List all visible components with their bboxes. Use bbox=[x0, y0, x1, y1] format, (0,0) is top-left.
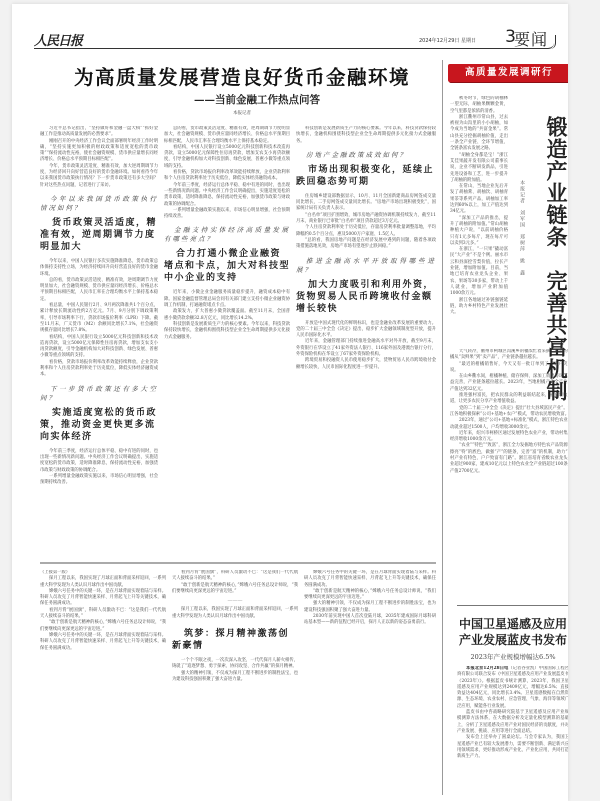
paragraph: 科技创新是发展新质生产力的核心要素。今年以来，科技贷款保持较快增长，金融机构围绕… bbox=[164, 322, 290, 341]
paragraph: 2030年前实现中国人首次登陆月球，2035年建成国际月球科研站基本型——新的征… bbox=[304, 614, 436, 627]
paragraph: 开放是中国式现代化的鲜明标识，也是金融业改革发展的重要动力。党的二十届三中全会《… bbox=[296, 321, 436, 340]
paragraph: 政策发力，扩大普惠小微贷款覆盖面。截至11月末，全国普惠小微贷款余额32.8万亿… bbox=[164, 309, 290, 322]
continued-subhead: 筑梦：探月精神激荡创新豪情 bbox=[172, 628, 298, 652]
paragraph: 一系列增量金融政策实施以来，市场信心明显增强，社会预期持续改善。 bbox=[164, 208, 290, 221]
paragraph: 在常山，当地企业先后开发了胡柚膏、胡柚饮、胡柚青果茶等系列产品，胡柚加工率达到6… bbox=[450, 184, 508, 215]
paragraph: 强大的精神引领，不仅成为探月工程不断进步的制胜法宝，也为建设科技强国积聚了强大奋… bbox=[172, 671, 298, 684]
continued-article-column-1: （上接第一版） 探月工程以来，我国实现了月球正面和背面采样返回，一系列重大科学发… bbox=[40, 570, 166, 795]
brief-body: 本报北京12月28日电（记者谷业凯）中国国际工程咨询有限公司联合发布《中国卫星遥… bbox=[457, 666, 568, 791]
paragraph: 嫦娥六号任务中的关键一环，是在月球背面实现着陆与采样。科研人员攻克了月背智能快速… bbox=[40, 633, 166, 652]
main-subheadline: ——当前金融工作热点问答 bbox=[42, 92, 472, 107]
brief-headline-line-1: 中国卫星遥感及应用 bbox=[452, 616, 568, 632]
brief-subheadline: 2023年产业规模增幅达6.5% bbox=[452, 652, 568, 661]
paragraph: 探月工程以来，我国实现了月球正面和背面采样返回，一系列重大科学发现为人类认识月球… bbox=[40, 576, 166, 589]
paragraph: “胡柚全身都是宝！”浙江艾佳果蔬开发有限公司董事长说，企业不断研发新品，引进先进… bbox=[450, 153, 508, 184]
brief-dateline: 本报北京12月28日电 bbox=[466, 666, 508, 671]
section-divider bbox=[40, 562, 436, 564]
paragraph: 在浙江，“一只果”撬动富民“大产业”不是个例。丽水市云和县深挖雪梨价值，拉长产业… bbox=[450, 247, 508, 297]
main-byline: 本报记者 bbox=[42, 110, 442, 116]
main-headline: 为高质量发展营造良好货币金融环境 bbox=[42, 62, 442, 90]
paragraph: “敢于创新是航天精神的核心，”嫦娥六号任务总设计师说，“我们要继续向更深更远的宇… bbox=[40, 620, 166, 633]
paragraph: 近年来，金融管理部门持续推进金融高水平对外开放，截至9月末，外资银行在华设立了4… bbox=[296, 339, 436, 358]
paragraph: “总的看，我国房地产问题是在经济发展中遇到的问题，随着各项政策措施落地见效，房地… bbox=[296, 238, 436, 251]
paragraph: 习近平总书记指出，“坚持做好和金融一盘大棋”“抓好金融工作是推动高质量发展的必然… bbox=[40, 126, 158, 139]
paragraph: 推进强村富民，把农民群众的利益联结起来，拓宽增收渠道，让更多农民分享产业增值收益… bbox=[450, 393, 568, 406]
paragraph: 看到月背“展国旗”，科研人员激动不已：“这是我们一代代航天人接续奋斗的结果。” bbox=[40, 608, 166, 621]
paragraph: 天气转冷，衢州市柯城区沟溪乡的橘农忙着采摘，衢州的柑橘从“卖鲜果”到“卖产品”，… bbox=[450, 349, 568, 362]
section-subhead: 加大力度吸引和利用外资，货物贸易人民币跨境收付金额增长较快 bbox=[296, 279, 436, 315]
paragraph: 一系列增量金融政策实施以来，市场信心明显增强，社会预期持续改善。 bbox=[40, 474, 158, 487]
paragraph: 近年来，小微企业金融服务质量稳步提升，融资成本稳中有降。国家金融监督管理总局会同… bbox=[164, 290, 290, 309]
separator: ——— bbox=[172, 598, 298, 604]
paragraph: 刚刚召开的中央经济工作会议全面部署明年经济工作时明确，“坚持实施更加积极的财政政… bbox=[40, 139, 158, 164]
paragraph: “深加工产品的推出，提升了胡柚的附加值。”常山胡柚种植大户说，“以前胡柚价格只有… bbox=[450, 216, 508, 247]
paragraph: 跨境贸易和投融资人民币使用稳步扩大，货物贸易人民币跨境收付金额增长较快，人民币国… bbox=[296, 358, 436, 371]
feature-lead-column: 秋冬时节，绿色的胡柚林一望无际，胡柚果颗颗金黄，空气里都是浓浓的清香。 浙江衢州… bbox=[450, 96, 508, 344]
feature-byline: 本报记者 刘军国 郑树萍 姚 鑫 bbox=[518, 180, 526, 276]
paragraph: 总的看，货币政策灵活适度、精准有效，逆周期调节力度明显加大，社会融资规模、货币供… bbox=[40, 278, 158, 303]
brief-headline-line-2: 产业发展蓝皮书发布 bbox=[452, 632, 568, 648]
column-divider bbox=[442, 60, 443, 795]
paragraph: 嫦娥六号任务中的关键一环，是在月球背面实现着陆与采样。科研人员攻克了月背智能快速… bbox=[304, 570, 436, 589]
paragraph: 近年来，绍兴市柯桥区通过发展特色农业产业，带动村集体经济增收1000余万元。 bbox=[450, 431, 568, 444]
masthead: 人民日报 2024年12月29日 星期日 3 要闻 bbox=[34, 26, 554, 49]
newspaper-page: 人民日报 2024年12月29日 星期日 3 要闻 为高质量发展营造良好货币金融… bbox=[12, 4, 568, 801]
paragraph: 发布会上还举办了圆桌论坛。与会专家认为，我国卫星遥感产业已有较大发展潜力，需要不… bbox=[457, 735, 568, 760]
main-article-column-3: 科技创新是发展新质生产力的核心要素。今年以来，科技贷款保持较快增长，金融机构围绕… bbox=[296, 126, 436, 558]
paragraph: 2023年，通过“公司+基地+标准化”模式，浙江特色农业带动就业超过1500人，… bbox=[450, 418, 568, 431]
paragraph: 秋冬时节，绿色的胡柚林一望无际，胡柚果颗颗金黄，空气里都是浓浓的清香。 bbox=[450, 96, 508, 115]
issue-date: 2024年12月29日 星期日 bbox=[419, 37, 476, 44]
brief-headline: 中国卫星遥感及应用 产业发展蓝皮书发布 bbox=[452, 616, 568, 648]
question-heading: 金融支持实体经济高质量发展有哪些亮点？ bbox=[164, 226, 290, 244]
section-name: 要闻 bbox=[514, 27, 548, 50]
paragraph: 看到月背“展国旗”，科研人员激动不已：“这是我们一代代航天人接续奋斗的结果。” bbox=[172, 570, 298, 583]
paragraph: 科技创新是发展新质生产力的核心要素。今年以来，科技贷款保持较快增长，金融机构围绕… bbox=[296, 126, 436, 145]
brief-text: （记者谷业凯）中国国际工程咨询有限公司联合发布《中国卫星遥感及应用产业发展蓝皮书… bbox=[457, 666, 568, 709]
paragraph: 在山乡衢水间，柑橘种植、储存保鲜、深加工销售等环节日益完善，产业链条越拉越长。2… bbox=[450, 374, 568, 393]
question-heading: 推进金融高水平开放取得哪些进展？ bbox=[296, 257, 436, 275]
newspaper-logo: 人民日报 bbox=[34, 30, 82, 49]
paragraph: 今年以来，中国人民银行多次实施降准降息，货币政策总体保持支持性立场，为经济持续回… bbox=[40, 259, 158, 278]
question-heading: 房地产金融政策成效如何？ bbox=[296, 151, 436, 160]
paragraph: “农业”“特色”“致富”，浙江全力发掘地方特色农产品资源，擦亮“特”的底色，做强… bbox=[450, 443, 568, 474]
paragraph: 看价格，贷款市场报价利率改革效能持续释放，企业贷款利率和个人住房贷款利率处于历史… bbox=[40, 360, 158, 379]
paragraph: 探月工程以来，我国实现了月球正面和背面采样返回，一系列重大科学发现为人类认识月球… bbox=[172, 607, 298, 620]
feature-body: 天气转冷，衢州市柯城区沟溪乡的橘农忙着采摘，衢州的柑橘从“卖鲜果”到“卖产品”，… bbox=[450, 349, 568, 599]
continued-article-column-2: 看到月背“展国旗”，科研人员激动不已：“这是我们一代代航天人接续奋斗的结果。” … bbox=[172, 570, 298, 795]
paragraph: 看总量，中国人民银行2月、9月两次降准共1个百分点，累计释放长期流动性约2万亿元… bbox=[40, 303, 158, 334]
paragraph: 个人住房贷款利率处于历史低位，存量房贷利率批量调整落地，平均降幅约0.5个百分点… bbox=[296, 225, 436, 238]
paragraph: 浙江衢州市常山县，过去被视为山沟里的小小胡柚，如今成为当地的“共富金果”。常山县… bbox=[450, 115, 508, 153]
question-heading: 下一步货币政策还有多大空间？ bbox=[40, 385, 158, 403]
paragraph: 今年前三季度，经济运行总体平稳、稳中有进的同时，也出现一些新情况新问题。中央经济… bbox=[164, 183, 290, 208]
paragraph: 嫦娥六号任务中的关键一环，是在月球背面实现着陆与采样。科研人员攻克了月背智能快速… bbox=[40, 589, 166, 608]
paragraph: 今年前三季度，经济运行总体平稳、稳中有进的同时，也出现一些新情况新问题。中央经济… bbox=[40, 449, 158, 474]
paragraph: “白名单”项目扩围增效，城市房地产融资协调机制持续发力，截至11月末，商业银行已… bbox=[296, 213, 436, 226]
column-banner: 高质量发展调研行 bbox=[448, 64, 568, 82]
paragraph: 住房城乡建设部数据显示，10月、11月全国新建商品房网签成交量同比增长，二手房网… bbox=[296, 194, 436, 213]
paragraph: 蓝皮书由中咨战略研究院基于卫星遥感及应用产业规模测算方法体系，在大数据分析及定量… bbox=[457, 710, 568, 735]
paragraph: 浙江各地通过补链强链延链，助力乡村特色产业发展壮大。 bbox=[450, 298, 508, 317]
section-subhead: 货币政策灵活适度，精准有效，逆周期调节力度明显加大 bbox=[40, 217, 158, 253]
section-subhead: 实施适度宽松的货币政策，推动资金更快更多流向实体经济 bbox=[40, 407, 158, 443]
paragraph: 一个个不眠之夜，一次次深入攻坚，一代代探月人薪火相传，铸就了“追逐梦想、勇于探索… bbox=[172, 658, 298, 671]
paragraph: 强大的精神引领，不仅成为探月工程不断进步的制胜法宝，也为建设科技强国积聚了强大奋… bbox=[304, 601, 436, 614]
paragraph: 党的二十届三中全会《决定》提出“壮大县域富民产业”。浙江各地积极探索“公司+基地… bbox=[450, 406, 568, 419]
continued-article-column-3: 嫦娥六号任务中的关键一环，是在月球背面实现着陆与采样。科研人员攻克了月背智能快速… bbox=[304, 570, 436, 795]
paragraph: 今年，货币政策灵活适度、精准有效，加大逆周期调节力度，为经济回升向好营造良好的货… bbox=[40, 164, 158, 189]
main-article-column-2: 总的看，货币政策灵活适度、精准有效，逆周期调节力度明显加大，社会融资规模、货币供… bbox=[164, 126, 290, 558]
paragraph: 本报北京12月28日电（记者谷业凯）中国国际工程咨询有限公司联合发布《中国卫星遥… bbox=[457, 666, 568, 710]
paragraph: 总的看，货币政策灵活适度、精准有效，逆周期调节力度明显加大，社会融资规模、货币供… bbox=[164, 126, 290, 145]
question-heading: 今年以来我国货币政策执行情况如何？ bbox=[40, 195, 158, 213]
paragraph: 看价格，贷款市场报价利率改革效能持续释放，企业贷款利率和个人住房贷款利率处于历史… bbox=[164, 170, 290, 183]
section-subhead: 市场出现积极变化，延续止跌回稳态势可期 bbox=[296, 164, 436, 188]
paragraph: 看结构，中国人民银行设立5000亿元科技创新和技术改造再贷款，设立5000亿元保… bbox=[164, 145, 290, 170]
paragraph: “敢于创新是航天精神的核心，”嫦娥六号任务总设计师说，“我们要继续向更深更远的宇… bbox=[304, 589, 436, 602]
paragraph: 看结构，中国人民银行设立5000亿元科技创新和技术改造再贷款，设立5000亿元保… bbox=[40, 335, 158, 360]
section-subhead: 合力打通小微企业融资堵点和卡点，加大对科技型中小企业的支持 bbox=[164, 248, 290, 284]
main-article-column-1: 习近平总书记指出，“坚持做好和金融一盘大棋”“抓好金融工作是推动高质量发展的必然… bbox=[40, 126, 158, 558]
paragraph: “敢于创新是航天精神的核心，”嫦娥六号任务总设计师说，“我们要继续向更深更远的宇… bbox=[172, 583, 298, 596]
brief-divider bbox=[457, 605, 568, 606]
paragraph: “最近的柑橘销售好，今天又有一批订单到了。”农户笑着说。 bbox=[450, 362, 568, 375]
